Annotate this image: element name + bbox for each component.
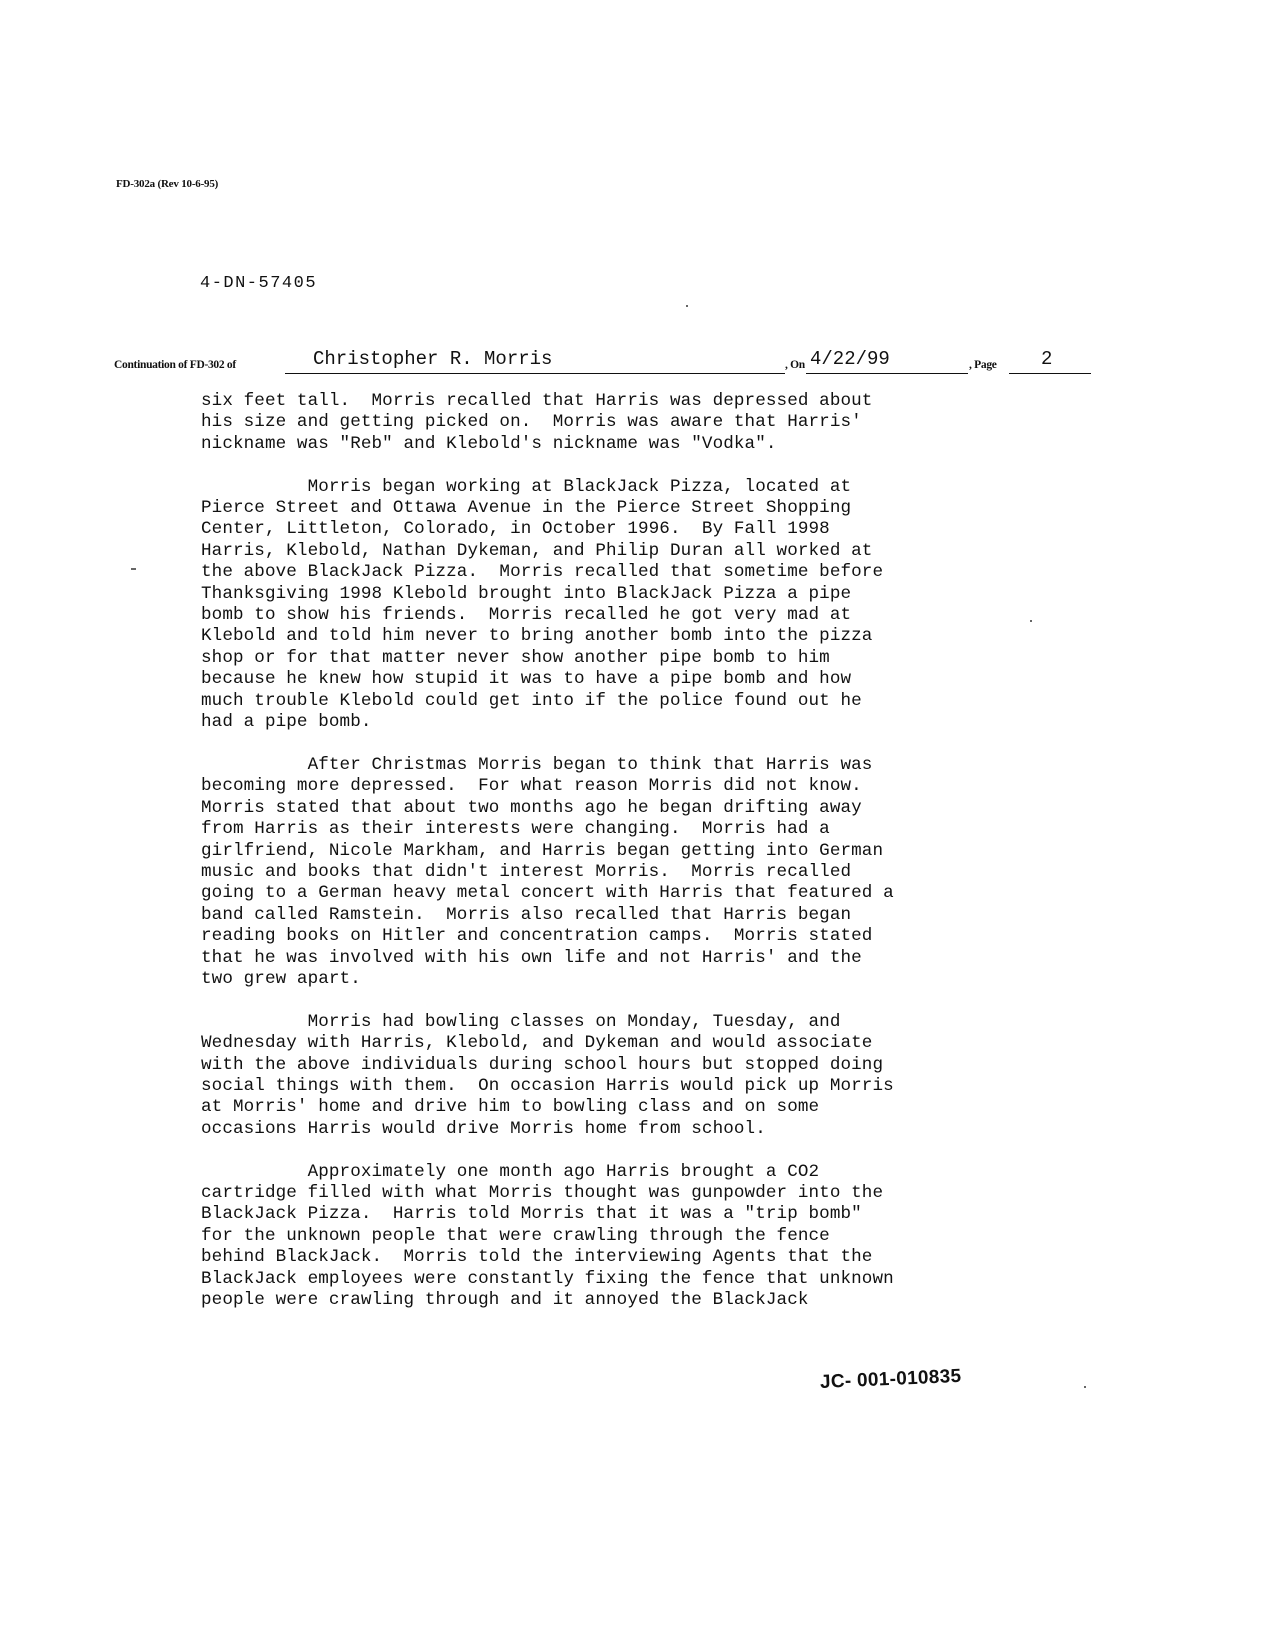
body-paragraph: Approximately one month ago Harris broug… bbox=[201, 1162, 1081, 1312]
body-paragraph: After Christmas Morris began to think th… bbox=[201, 755, 1081, 990]
bates-stamp: JC- 001-010835 bbox=[820, 1366, 962, 1394]
scan-speck bbox=[1030, 620, 1032, 622]
page-label: , Page bbox=[969, 359, 997, 371]
body-paragraph: six feet tall. Morris recalled that Harr… bbox=[201, 391, 1081, 455]
file-number: 4-DN-57405 bbox=[200, 274, 317, 293]
subject-name-field: Christopher R. Morris bbox=[285, 346, 785, 374]
form-revision-label: FD-302a (Rev 10-6-95) bbox=[116, 178, 218, 190]
scan-speck bbox=[686, 305, 688, 307]
on-label: , On bbox=[785, 359, 805, 371]
document-body: six feet tall. Morris recalled that Harr… bbox=[201, 391, 1081, 1333]
body-paragraph: Morris had bowling classes on Monday, Tu… bbox=[201, 1012, 1081, 1140]
scan-speck bbox=[131, 568, 136, 570]
page-number-field: 2 bbox=[1009, 346, 1091, 374]
continuation-header: Continuation of FD-302 of Christopher R.… bbox=[114, 344, 1094, 374]
continuation-label: Continuation of FD-302 of bbox=[114, 359, 236, 371]
interview-date-field: 4/22/99 bbox=[806, 346, 968, 374]
body-paragraph: Morris began working at BlackJack Pizza,… bbox=[201, 477, 1081, 734]
scan-speck bbox=[1084, 1386, 1086, 1388]
